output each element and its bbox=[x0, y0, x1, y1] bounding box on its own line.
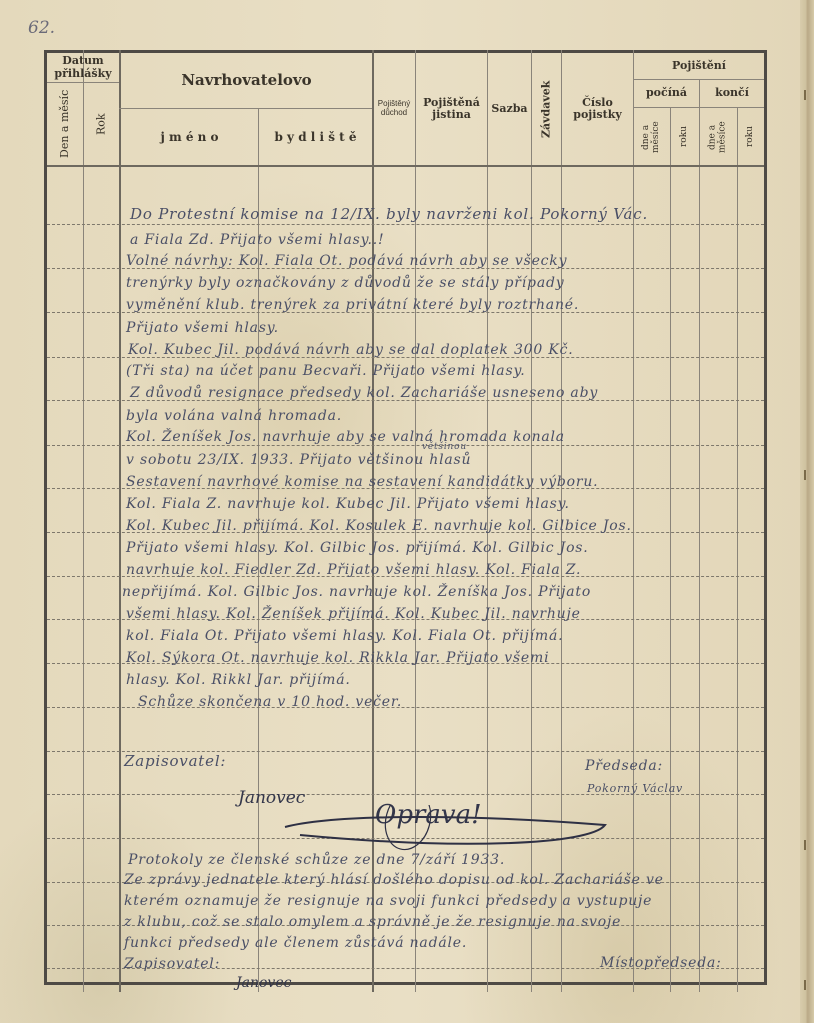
handwritten-line: kol. Fiala Ot. Přijato všemi hlasy. Kol.… bbox=[126, 628, 563, 644]
handwritten-line: Volné návrhy: Kol. Fiala Ot. podává návr… bbox=[126, 253, 567, 269]
zapisovatel-signature-2: Janovec bbox=[236, 975, 291, 991]
correction-line: funkci předsedy ale členem zůstává nadál… bbox=[124, 935, 467, 951]
handwritten-line: navrhuje kol. Fiedler Zd. Přijato všemi … bbox=[126, 562, 581, 578]
handwritten-line: Kol. Ženíšek Jos. navrhuje aby se valná … bbox=[126, 429, 565, 445]
header-konci: končí bbox=[700, 80, 764, 107]
header-pocina-roku: roku bbox=[671, 109, 699, 165]
column-divider bbox=[633, 50, 634, 992]
header-bydliste: b y d l i š t ě bbox=[259, 110, 372, 165]
handwritten-insertion: většinou bbox=[422, 442, 467, 452]
header-sazba: Sazba bbox=[488, 53, 531, 165]
column-divider bbox=[83, 50, 84, 992]
zapisovatel-label: Zapisovatel: bbox=[124, 752, 226, 770]
handwritten-line: nepřijímá. Kol. Gilbic Jos. navrhuje kol… bbox=[122, 584, 591, 600]
handwritten-line: Kol. Kubec Jil. přijímá. Kol. Kosulek E.… bbox=[126, 518, 632, 534]
handwritten-line: Kol. Sýkora Ot. navrhuje kol. Rikkla Jar… bbox=[126, 650, 549, 666]
row-line bbox=[47, 445, 764, 446]
handwritten-line: (Tři sta) na účet panu Becvaři. Přijato … bbox=[126, 363, 526, 379]
header-bottom-line bbox=[47, 165, 764, 167]
predseda-signature: Pokorný Václav bbox=[587, 782, 683, 795]
mistopredseda-label: Místopředseda: bbox=[600, 955, 722, 971]
header-jmeno: j m é n o bbox=[121, 110, 258, 165]
header-cislo-pojistky: Číslo pojistky bbox=[562, 53, 633, 165]
header-konci-roku: roku bbox=[738, 109, 764, 165]
column-divider bbox=[670, 107, 671, 992]
handwritten-line: trenýrky byly označkovány z důvodů že se… bbox=[126, 275, 564, 291]
handwritten-line: Schůze skončena v 10 hod. večer. bbox=[138, 694, 402, 710]
handwritten-line: v sobotu 23/IX. 1933. Přijato většinou h… bbox=[126, 452, 471, 468]
oprava-flourish bbox=[280, 805, 610, 855]
handwritten-line: a Fiala Zd. Přijato všemi hlasy..! bbox=[130, 232, 384, 248]
column-divider bbox=[737, 107, 738, 992]
correction-line: z klubu, což se stalo omylem a správně j… bbox=[124, 914, 621, 930]
header-datum-prihlasky: Datum přihlášky bbox=[47, 53, 119, 82]
column-divider bbox=[699, 79, 700, 992]
handwritten-line: Do Protestní komise na 12/IX. byly navrž… bbox=[130, 205, 648, 223]
header-den-a-mesic: Den a měsíc bbox=[47, 84, 83, 164]
column-divider bbox=[119, 50, 121, 992]
header-pojisteni: Pojištění bbox=[634, 53, 764, 79]
handwritten-line: Přijato všemi hlasy. Kol. Gilbic Jos. př… bbox=[126, 540, 589, 556]
correction-line: kterém oznamuje že resignuje na svoji fu… bbox=[124, 893, 652, 909]
header-divider bbox=[47, 82, 119, 83]
handwritten-line: Kol. Fiala Z. navrhuje kol. Kubec Jil. P… bbox=[126, 496, 570, 512]
header-navrhovatelovo: Navrhovatelovo bbox=[121, 53, 372, 108]
header-pocina-dne-a-mesice: dne a měsíce bbox=[634, 109, 670, 165]
page-binding-edge bbox=[800, 0, 814, 1023]
header-divider bbox=[633, 107, 764, 108]
handwritten-line: byla volána valná hromada. bbox=[126, 408, 342, 424]
correction-line: Ze zprávy jednatele který hlásí došlého … bbox=[124, 872, 664, 888]
handwritten-line: všemi hlasy. Kol. Ženíšek přijímá. Kol. … bbox=[126, 606, 581, 622]
handwritten-line: hlasy. Kol. Rikkl Jar. přijímá. bbox=[126, 672, 351, 688]
predseda-label: Předseda: bbox=[585, 758, 663, 774]
handwritten-line: Přijato všemi hlasy. bbox=[126, 320, 279, 336]
handwritten-line: Z důvodů resignace předsedy kol. Zachari… bbox=[130, 385, 598, 401]
header-pojisteny-duchod: Pojištěný důchod bbox=[373, 53, 415, 165]
handwritten-line: vyměnění klub. trenýrek za privátní kter… bbox=[126, 297, 579, 313]
zapisovatel-label-2: Zapisovatel: bbox=[124, 956, 220, 972]
header-zavdavek: Závdavek bbox=[532, 53, 561, 165]
header-divider bbox=[119, 108, 372, 109]
header-rok: Rok bbox=[84, 84, 119, 164]
row-line bbox=[47, 224, 764, 225]
handwritten-line: Kol. Kubec Jil. podává návrh aby se dal … bbox=[128, 342, 573, 358]
header-pocina: počíná bbox=[634, 80, 699, 107]
handwritten-line: Sestavení navrhové komise na sestavení k… bbox=[126, 474, 598, 490]
page-number: 62. bbox=[28, 18, 55, 38]
header-konci-dne-a-mesice: dne a měsíce bbox=[700, 109, 737, 165]
correction-line: Protokoly ze členské schůze ze dne 7/zář… bbox=[128, 852, 505, 868]
header-pojistena-jistina: Pojištěná jistina bbox=[416, 53, 487, 165]
